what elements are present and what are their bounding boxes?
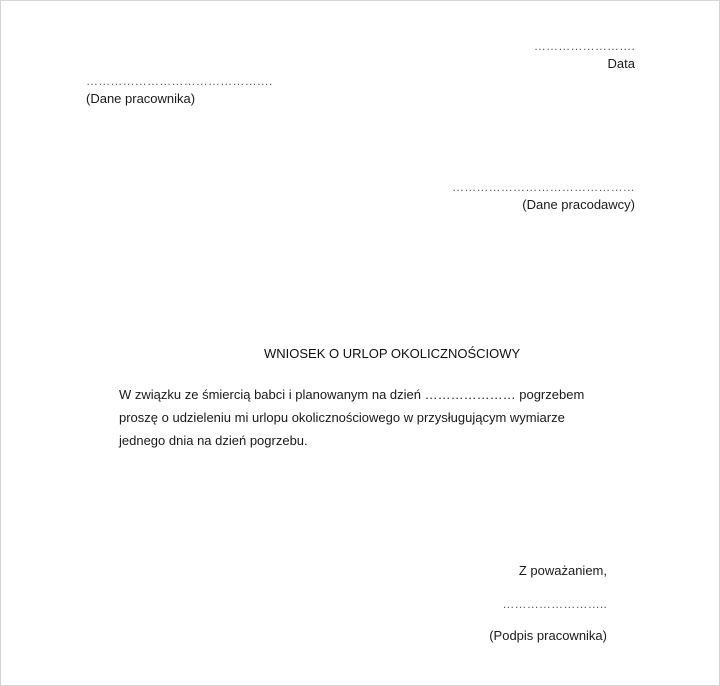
employee-data-label: (Dane pracownika) <box>86 91 195 106</box>
employer-data-label: (Dane pracodawcy) <box>522 197 635 212</box>
closing-phrase: Z poważaniem, <box>519 563 607 578</box>
request-body: W związku ze śmiercią babci i planowanym… <box>119 383 584 452</box>
body-line: W związku ze śmiercią babci i planowanym… <box>119 383 584 406</box>
date-label: Data <box>608 56 635 71</box>
document-page: ……………………. Data ………………………………………. (Dane pr… <box>0 0 720 686</box>
signature-label: (Podpis pracownika) <box>489 628 607 643</box>
document-title: WNIOSEK O URLOP OKOLICZNOŚCIOWY <box>264 346 520 361</box>
signature-dots: …………………….. <box>502 597 607 611</box>
date-placeholder-dots: ……………………. <box>534 39 635 53</box>
body-line: proszę o udzieleniu mi urlopu okolicznoś… <box>119 406 584 429</box>
body-line: jednego dnia na dzień pogrzebu. <box>119 429 584 452</box>
employee-data-dots: ………………………………………. <box>86 74 273 88</box>
employer-data-dots: ……………………………………… <box>452 180 635 194</box>
